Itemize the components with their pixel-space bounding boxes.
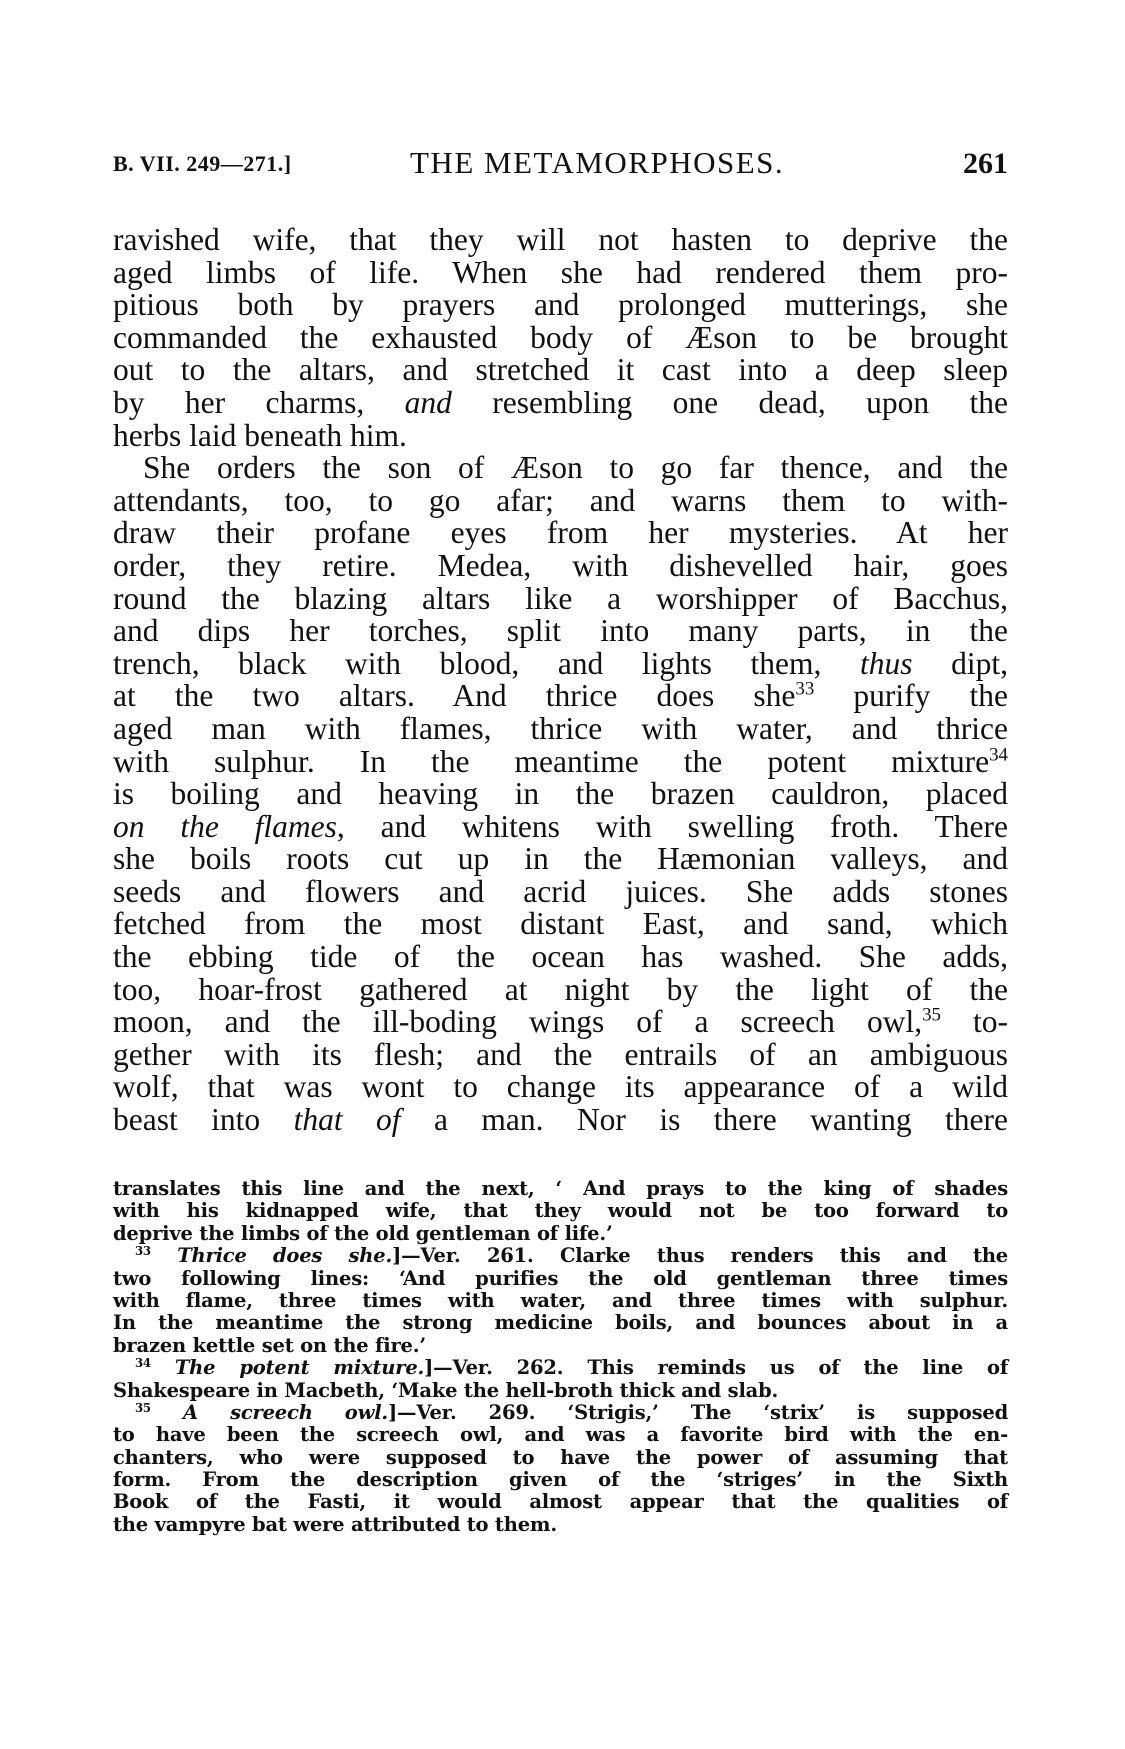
text-line: trench, black with blood, and lights the…	[113, 648, 1008, 681]
text-line: fetched from the most distant East, and …	[113, 908, 1008, 941]
footnote-35: 35 A screech owl.]—Ver. 269. ‘Strigis,’ …	[113, 1402, 1008, 1536]
text-line: moon, and the ill-boding wings of a scre…	[113, 1006, 1008, 1039]
text-line: by her charms, and resembling one dead, …	[113, 387, 1008, 420]
footnotes: translates this line and the next, ‘ And…	[113, 1178, 1008, 1536]
italic-run: that of	[294, 1102, 401, 1137]
text-run: to-	[941, 1004, 1008, 1039]
text-line: at the two altars. And thrice does she33…	[113, 680, 1008, 713]
footnote-text: ]—Ver. 269. ‘Strigis,’ The ‘strix’ is su…	[388, 1401, 1008, 1424]
footnote-line: form. From the description given of the …	[113, 1469, 1008, 1491]
footnote-number: 33	[135, 1244, 151, 1258]
text-line: and dips her torches, split into many pa…	[113, 615, 1008, 648]
footnote-ref-34[interactable]: 34	[989, 744, 1008, 765]
text-line: seeds and flowers and acrid juices. She …	[113, 876, 1008, 909]
text-line: commanded the exhausted body of Æson to …	[113, 322, 1008, 355]
text-run: with sulphur. In the meantime the potent…	[113, 744, 989, 779]
italic-run: on the flames	[113, 809, 337, 844]
text-line: pitious both by prayers and prolonged mu…	[113, 289, 1008, 322]
running-head: B. VII. 249—271.] THE METAMORPHOSES. 261	[113, 145, 1008, 185]
footnote-lemma: The potent mixture.	[175, 1356, 424, 1379]
text-run: by her charms,	[113, 385, 405, 420]
footnote-line: to have been the screech owl, and was a …	[113, 1424, 1008, 1446]
footnote-number: 35	[135, 1401, 151, 1415]
footnote-text: ]—Ver. 261. Clarke thus renders this and…	[392, 1244, 1008, 1267]
text-run: dipt,	[913, 646, 1008, 681]
text-run: moon, and the ill-boding wings of a scre…	[113, 1004, 922, 1039]
footnote-line: brazen kettle set on the fire.’	[113, 1335, 1008, 1357]
footnote-line: chanters, who were supposed to have the …	[113, 1447, 1008, 1469]
paragraph-start-line: She orders the son of Æson to go far the…	[113, 452, 1008, 485]
footnote-number: 34	[135, 1356, 151, 1370]
text-line: round the blazing altars like a worshipp…	[113, 583, 1008, 616]
text-line: gether with its flesh; and the entrails …	[113, 1039, 1008, 1072]
footnote-line: with flame, three times with water, and …	[113, 1290, 1008, 1312]
footnote-continued: translates this line and the next, ‘ And…	[113, 1178, 1008, 1245]
text-line: out to the altars, and stretched it cast…	[113, 354, 1008, 387]
footnote-ref-33[interactable]: 33	[795, 679, 814, 700]
paragraph-end-line: herbs laid beneath him.	[113, 420, 1008, 453]
main-text: ravished wife, that they will not hasten…	[113, 224, 1008, 1137]
footnote-line: deprive the limbs of the old gentleman o…	[113, 1223, 1008, 1245]
text-line: too, hoar-frost gathered at night by the…	[113, 974, 1008, 1007]
text-run: a man. Nor is there wanting there	[401, 1102, 1008, 1137]
footnote-line: Shakespeare in Macbeth, ‘Make the hell-b…	[113, 1380, 1008, 1402]
text-line: wolf, that was wont to change its appear…	[113, 1071, 1008, 1104]
footnote-33: 33 Thrice does she.]—Ver. 261. Clarke th…	[113, 1245, 1008, 1357]
italic-run: thus	[860, 646, 913, 681]
text-line: she boils roots cut up in the Hæmonian v…	[113, 843, 1008, 876]
footnote-line: the vampyre bat were attributed to them.	[113, 1514, 1008, 1536]
text-run: beast into	[113, 1102, 294, 1137]
text-run: trench, black with blood, and lights the…	[113, 646, 860, 681]
text-run: resembling one dead, upon the	[452, 385, 1008, 420]
footnote-line: translates this line and the next, ‘ And…	[113, 1178, 1008, 1200]
footnote-lemma: Thrice does she.	[177, 1244, 392, 1267]
section-reference: B. VII. 249—271.]	[113, 151, 292, 177]
text-line: draw their profane eyes from her mysteri…	[113, 517, 1008, 550]
text-line: with sulphur. In the meantime the potent…	[113, 746, 1008, 779]
footnote-lemma: A screech owl.	[183, 1401, 388, 1424]
footnote-line: Book of the Fasti, it would almost appea…	[113, 1491, 1008, 1513]
text-line: is boiling and heaving in the brazen cau…	[113, 778, 1008, 811]
footnote-line: In the meantime the strong medicine boil…	[113, 1312, 1008, 1334]
page-number: 261	[963, 147, 1008, 181]
footnote-text: ]—Ver. 262. This reminds us of the line …	[424, 1356, 1008, 1379]
footnote-34: 34 The potent mixture.]—Ver. 262. This r…	[113, 1357, 1008, 1402]
book-title: THE METAMORPHOSES.	[410, 145, 784, 181]
footnote-line: with his kidnapped wife, that they would…	[113, 1200, 1008, 1222]
text-run: at the two altars. And thrice does she	[113, 678, 795, 713]
text-line: ravished wife, that they will not hasten…	[113, 224, 1008, 257]
text-line: aged limbs of life. When she had rendere…	[113, 257, 1008, 290]
text-line: attendants, too, to go afar; and warns t…	[113, 485, 1008, 518]
footnote-heading: 35 A screech owl.]—Ver. 269. ‘Strigis,’ …	[113, 1402, 1008, 1424]
text-line: aged man with flames, thrice with water,…	[113, 713, 1008, 746]
italic-run: and	[405, 385, 452, 420]
text-run: purify the	[814, 678, 1008, 713]
text-run: , and whitens with swelling froth. There	[337, 809, 1008, 844]
footnote-heading: 33 Thrice does she.]—Ver. 261. Clarke th…	[113, 1245, 1008, 1267]
text-line: the ebbing tide of the ocean has washed.…	[113, 941, 1008, 974]
footnote-heading: 34 The potent mixture.]—Ver. 262. This r…	[113, 1357, 1008, 1379]
text-line: order, they retire. Medea, with dishevel…	[113, 550, 1008, 583]
footnote-line: two following lines: ‘And purifies the o…	[113, 1268, 1008, 1290]
text-line: on the flames, and whitens with swelling…	[113, 811, 1008, 844]
text-line: beast into that of a man. Nor is there w…	[113, 1104, 1008, 1137]
footnote-ref-35[interactable]: 35	[922, 1005, 941, 1026]
